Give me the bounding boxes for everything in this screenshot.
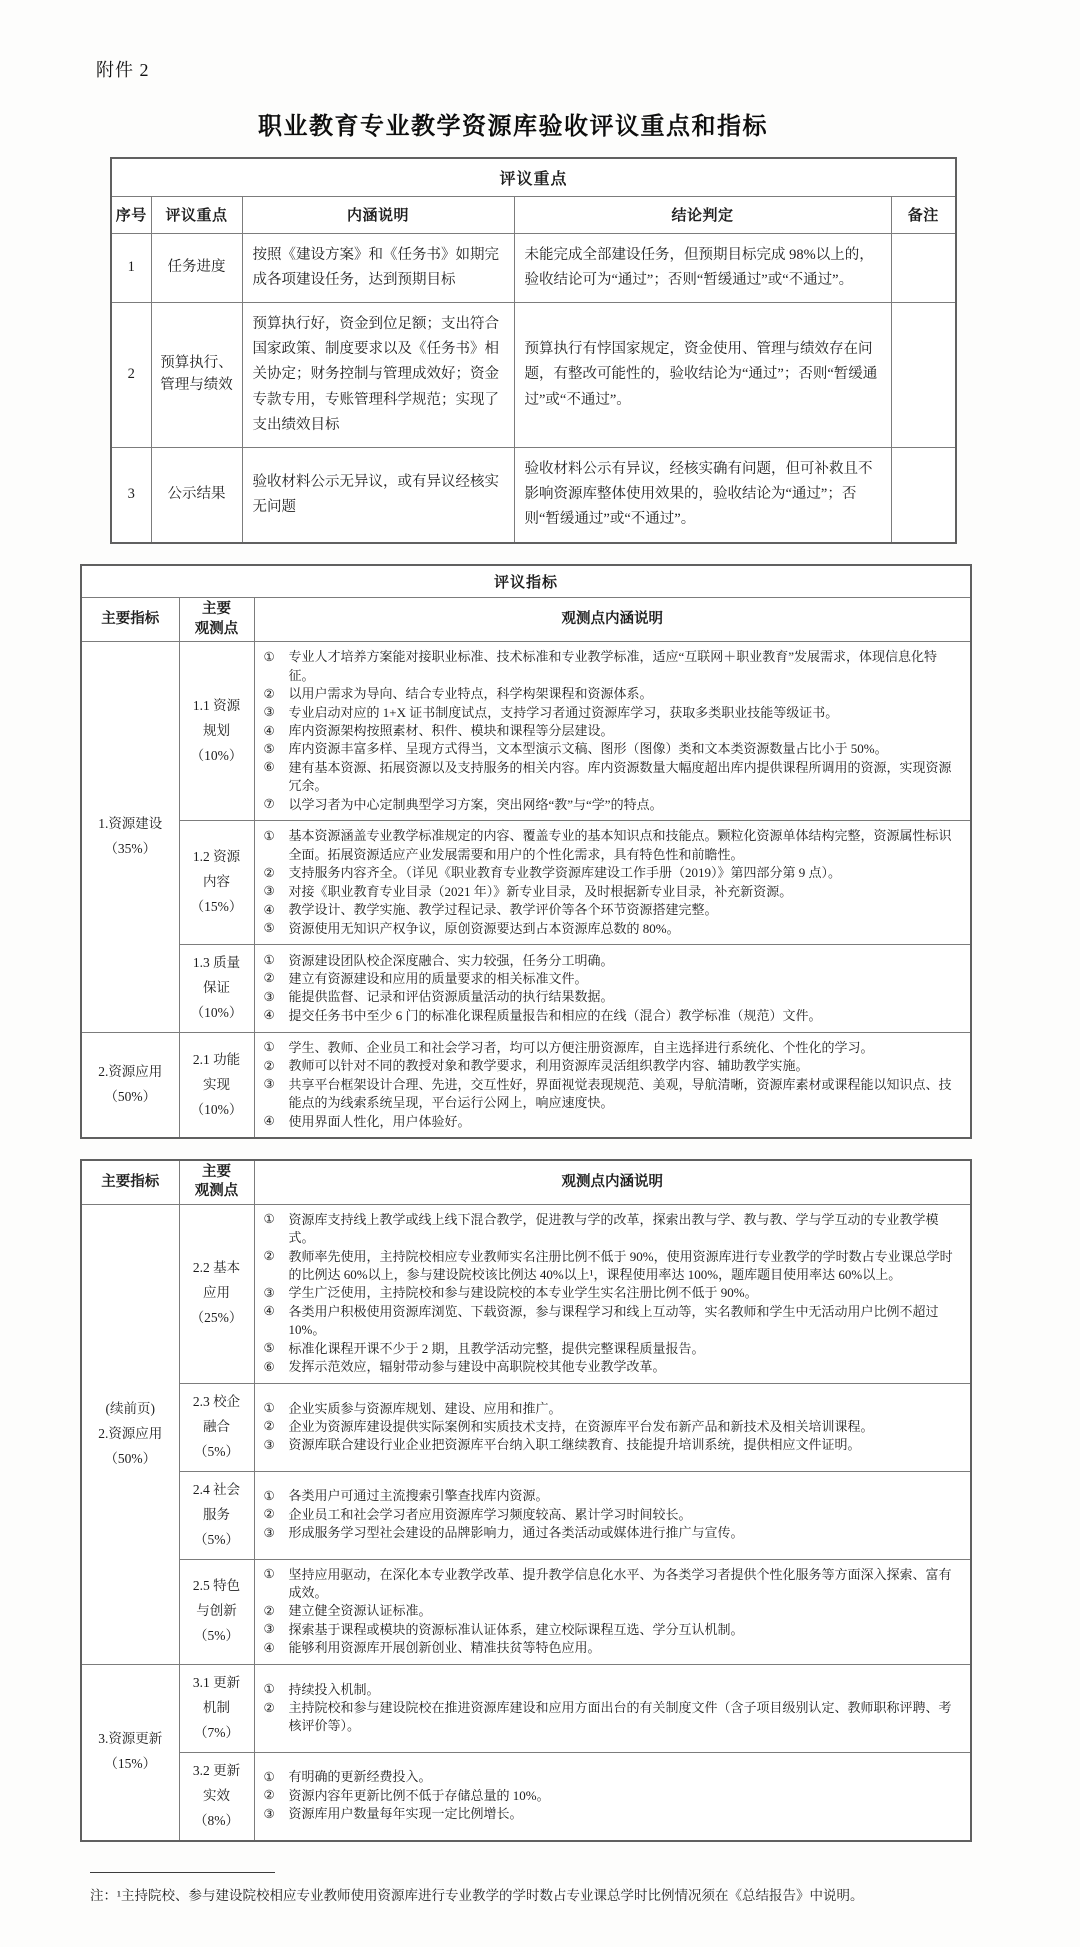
main-indicator-cell: (续前页) 2.资源应用 （50%） <box>81 1204 179 1664</box>
review-focus-table-head: 评议重点 序号 评议重点 内涵说明 结论判定 备注 <box>111 158 956 233</box>
table-row: 3.资源更新 （15%）3.1 更新 机制 （7%）①持续投入机制。②主持院校和… <box>81 1664 971 1752</box>
item-number-marker: ② <box>264 1248 289 1266</box>
item-number-marker: ⑤ <box>264 920 289 938</box>
indicator-item: ②以用户需求为导向、结合专业特点，科学构架课程和资源体系。 <box>264 685 962 703</box>
indicator-item: ②资源内容年更新比例不低于存储总量的 10%。 <box>264 1787 962 1805</box>
item-text: 资源使用无知识产权争议，原创资源要达到占本资源库总数的 80%。 <box>289 920 962 938</box>
item-number-marker: ② <box>264 1506 289 1524</box>
item-text: 主持院校和参与建设院校在推进资源库建设和应用方面出台的有关制度文件（含子项目级别… <box>289 1699 962 1736</box>
indicator-item: ①学生、教师、企业员工和社会学习者，均可以方便注册资源库，自主选择进行系统化、个… <box>264 1039 962 1057</box>
point-items-cell: ①企业实质参与资源库规划、建设、应用和推广。②企业为资源库建设提供实际案例和实质… <box>254 1383 971 1471</box>
column-header-row: 主要指标 主要 观测点 观测点内涵说明 <box>81 1160 971 1204</box>
indicator-item: ④能够利用资源库开展创新创业、精准扶贫等特色应用。 <box>264 1639 962 1657</box>
item-number-marker: ⑤ <box>264 1340 289 1358</box>
indicator-item: ①基本资源涵盖专业教学标准规定的内容、覆盖专业的基本知识点和技能点。颗粒化资源单… <box>264 827 962 864</box>
indicator-item: ③探索基于课程或模块的资源标准认证体系，建立校际课程互选、学分互认机制。 <box>264 1621 962 1639</box>
item-text: 支持服务内容齐全。（详见《职业教育专业教学资源库建设工作手册（2019）》第四部… <box>289 864 962 882</box>
col-header-observation-point: 主要 观测点 <box>179 598 254 642</box>
remark-cell <box>891 302 956 447</box>
item-number-marker: ⑥ <box>264 1358 289 1376</box>
item-text: 形成服务学习型社会建设的品牌影响力，通过各类活动或媒体进行推广与宣传。 <box>289 1524 962 1542</box>
table-row: 2.5 特色 与创新 （5%）①坚持应用驱动，在深化本专业教学改革、提升教学信息… <box>81 1559 971 1664</box>
indicator-item: ①坚持应用驱动，在深化本专业教学改革、提升教学信息化水平、为各类学习者提供个性化… <box>264 1566 962 1603</box>
column-header-row: 序号 评议重点 内涵说明 结论判定 备注 <box>111 196 956 233</box>
item-text: 专业启动对应的 1+X 证书制度试点，支持学习者通过资源库学习，获取多类职业技能… <box>289 704 962 722</box>
row-number-cell: 2 <box>111 302 151 447</box>
col-header-observation-point: 主要 观测点 <box>179 1160 254 1204</box>
indicator-item: ④库内资源架构按照素材、积件、模块和课程等分层建设。 <box>264 722 962 740</box>
item-text: 发挥示范效应，辐射带动参与建设中高职院校其他专业教学改革。 <box>289 1358 962 1376</box>
review-focus-table-title: 评议重点 <box>111 158 956 196</box>
table-title-row: 评议指标 <box>81 565 971 598</box>
review-focus-cell: 预算执行、管理与绩效 <box>151 302 242 447</box>
point-items-cell: ①坚持应用驱动，在深化本专业教学改革、提升教学信息化水平、为各类学习者提供个性化… <box>254 1559 971 1664</box>
page-title: 职业教育专业教学资源库验收评议重点和指标 <box>80 106 946 141</box>
indicator-item: ①资源库支持线上教学或线上线下混合教学，促进教与学的改革，探索出教与学、教与教、… <box>264 1211 962 1248</box>
observation-point-cell: 1.2 资源 内容 （15%） <box>179 821 254 945</box>
item-text: 教学设计、教学实施、教学过程记录、教学评价等各个环节资源搭建完整。 <box>289 901 962 919</box>
item-number-marker: ① <box>264 827 289 845</box>
item-number-marker: ① <box>264 1487 289 1505</box>
indicator-item: ①有明确的更新经费投入。 <box>264 1768 962 1786</box>
document-page: 附件 2 职业教育专业教学资源库验收评议重点和指标 评议重点 序号 评议重点 内… <box>0 0 1080 1947</box>
indicator-item: ①企业实质参与资源库规划、建设、应用和推广。 <box>264 1400 962 1418</box>
item-text: 各类用户可通过主流搜索引擎查找库内资源。 <box>289 1487 962 1505</box>
indicator-item: ②建立有资源建设和应用的质量要求的相关标准文件。 <box>264 970 962 988</box>
item-text: 教师可以针对不同的教授对象和教学要求，利用资源库灵活组织教学内容、辅助教学实施。 <box>289 1057 962 1075</box>
item-number-marker: ③ <box>264 883 289 901</box>
item-number-marker: ⑥ <box>264 759 289 777</box>
item-text: 建有基本资源、拓展资源以及支持服务的相关内容。库内资源数量大幅度超出库内提供课程… <box>289 759 962 796</box>
judgment-cell: 预算执行有悖国家规定，资金使用、管理与绩效存在问题，有整改可能性的，验收结论为“… <box>514 302 891 447</box>
table-row: 1任务进度按照《建设方案》和《任务书》如期完成各项建设任务，达到预期目标未能完成… <box>111 233 956 302</box>
col-header-description: 内涵说明 <box>242 196 514 233</box>
indicator-table-1: 评议指标 主要指标 主要 观测点 观测点内涵说明 1.资源建设 （35%）1.1… <box>80 564 972 1139</box>
item-text: 有明确的更新经费投入。 <box>289 1768 962 1786</box>
indicator-tbody-1: 1.资源建设 （35%）1.1 资源 规划 （10%）①专业人才培养方案能对接职… <box>81 642 971 1138</box>
table-row: 1.资源建设 （35%）1.1 资源 规划 （10%）①专业人才培养方案能对接职… <box>81 642 971 821</box>
item-number-marker: ③ <box>264 988 289 1006</box>
item-text: 学生广泛使用，主持院校和参与建设院校的本专业学生实名注册比例不低于 90%。 <box>289 1284 962 1302</box>
indicator-item: ③资源库用户数量每年实现一定比例增长。 <box>264 1805 962 1823</box>
indicator-table-1-head: 评议指标 主要指标 主要 观测点 观测点内涵说明 <box>81 565 971 642</box>
main-indicator-cell: 2.资源应用 （50%） <box>81 1032 179 1138</box>
item-number-marker: ⑦ <box>264 796 289 814</box>
row-number-cell: 1 <box>111 233 151 302</box>
item-number-marker: ① <box>264 648 289 666</box>
indicator-item: ②教师率先使用，主持院校相应专业教师实名注册比例不低于 90%，使用资源库进行专… <box>264 1248 962 1285</box>
item-number-marker: ③ <box>264 1524 289 1542</box>
description-cell: 验收材料公示无异议，或有异议经核实无问题 <box>242 448 514 543</box>
row-number-cell: 3 <box>111 448 151 543</box>
table-row: 1.3 质量 保证 （10%）①资源建设团队校企深度融合、实力较强，任务分工明确… <box>81 944 971 1032</box>
item-text: 各类用户积极使用资源库浏览、下载资源，参与课程学习和线上互动等，实名教师和学生中… <box>289 1303 962 1340</box>
item-text: 建立健全资源认证标准。 <box>289 1602 962 1620</box>
review-focus-cell: 任务进度 <box>151 233 242 302</box>
observation-point-cell: 2.4 社会 服务 （5%） <box>179 1471 254 1559</box>
item-number-marker: ④ <box>264 901 289 919</box>
point-items-cell: ①学生、教师、企业员工和社会学习者，均可以方便注册资源库，自主选择进行系统化、个… <box>254 1032 971 1138</box>
point-items-cell: ①持续投入机制。②主持院校和参与建设院校在推进资源库建设和应用方面出台的有关制度… <box>254 1664 971 1752</box>
description-cell: 按照《建设方案》和《任务书》如期完成各项建设任务，达到预期目标 <box>242 233 514 302</box>
observation-point-cell: 1.1 资源 规划 （10%） <box>179 642 254 821</box>
item-number-marker: ② <box>264 1787 289 1805</box>
indicator-item: ②企业为资源库建设提供实际案例和实质技术支持，在资源库平台发布新产品和新技术及相… <box>264 1418 962 1436</box>
table-row: 3公示结果验收材料公示无异议，或有异议经核实无问题验收材料公示有异议，经核实确有… <box>111 448 956 543</box>
point-items-cell: ①专业人才培养方案能对接职业标准、技术标准和专业教学标准，适应“互联网＋职业教育… <box>254 642 971 821</box>
indicator-item: ③学生广泛使用，主持院校和参与建设院校的本专业学生实名注册比例不低于 90%。 <box>264 1284 962 1302</box>
indicator-item: ③对接《职业教育专业目录（2021 年）》新专业目录，及时根据新专业目录，补充新… <box>264 883 962 901</box>
point-items-cell: ①基本资源涵盖专业教学标准规定的内容、覆盖专业的基本知识点和技能点。颗粒化资源单… <box>254 821 971 945</box>
observation-point-cell: 2.2 基本 应用 （25%） <box>179 1204 254 1383</box>
indicator-item: ④教学设计、教学实施、教学过程记录、教学评价等各个环节资源搭建完整。 <box>264 901 962 919</box>
indicator-item: ③资源库联合建设行业企业把资源库平台纳入职工继续教育、技能提升培训系统，提供相应… <box>264 1436 962 1454</box>
table-row: (续前页) 2.资源应用 （50%）2.2 基本 应用 （25%）①资源库支持线… <box>81 1204 971 1383</box>
indicator-item: ②企业员工和社会学习者应用资源库学习频度较高、累计学习时间较长。 <box>264 1506 962 1524</box>
point-items-cell: ①有明确的更新经费投入。②资源内容年更新比例不低于存储总量的 10%。③资源库用… <box>254 1752 971 1840</box>
review-focus-table: 评议重点 序号 评议重点 内涵说明 结论判定 备注 1任务进度按照《建设方案》和… <box>110 157 957 544</box>
indicator-table-2-head: 主要指标 主要 观测点 观测点内涵说明 <box>81 1160 971 1204</box>
table-row: 3.2 更新 实效 （8%）①有明确的更新经费投入。②资源内容年更新比例不低于存… <box>81 1752 971 1840</box>
footnote-text: 注：¹主持院校、参与建设院校相应专业教师使用资源库进行专业教学的学时数占专业课总… <box>90 1885 970 1907</box>
item-text: 能够利用资源库开展创新创业、精准扶贫等特色应用。 <box>289 1639 962 1657</box>
indicator-item: ①各类用户可通过主流搜索引擎查找库内资源。 <box>264 1487 962 1505</box>
indicator-item: ④提交任务书中至少 6 门的标准化课程质量报告和相应的在线（混合）教学标准（规范… <box>264 1007 962 1025</box>
table-row: 2预算执行、管理与绩效预算执行好，资金到位足额；支出符合国家政策、制度要求以及《… <box>111 302 956 447</box>
item-number-marker: ③ <box>264 1805 289 1823</box>
item-text: 教师率先使用，主持院校相应专业教师实名注册比例不低于 90%，使用资源库进行专业… <box>289 1248 962 1285</box>
item-text: 库内资源丰富多样、呈现方式得当，文本型演示文稿、图形（图像）类和文本类资源数量占… <box>289 740 962 758</box>
judgment-cell: 未能完成全部建设任务，但预期目标完成 98%以上的，验收结论可为“通过”；否则“… <box>514 233 891 302</box>
observation-point-cell: 2.1 功能 实现 （10%） <box>179 1032 254 1138</box>
indicator-item: ③形成服务学习型社会建设的品牌影响力，通过各类活动或媒体进行推广与宣传。 <box>264 1524 962 1542</box>
item-number-marker: ① <box>264 1211 289 1229</box>
indicator-item: ②支持服务内容齐全。（详见《职业教育专业教学资源库建设工作手册（2019）》第四… <box>264 864 962 882</box>
item-number-marker: ④ <box>264 1303 289 1321</box>
indicator-item: ①持续投入机制。 <box>264 1681 962 1699</box>
table-row: 2.资源应用 （50%）2.1 功能 实现 （10%）①学生、教师、企业员工和社… <box>81 1032 971 1138</box>
item-text: 坚持应用驱动，在深化本专业教学改革、提升教学信息化水平、为各类学习者提供个性化服… <box>289 1566 962 1603</box>
indicator-item: ②教师可以针对不同的教授对象和教学要求，利用资源库灵活组织教学内容、辅助教学实施… <box>264 1057 962 1075</box>
observation-point-cell: 2.3 校企 融合 （5%） <box>179 1383 254 1471</box>
main-indicator-cell: 3.资源更新 （15%） <box>81 1664 179 1840</box>
item-text: 企业实质参与资源库规划、建设、应用和推广。 <box>289 1400 962 1418</box>
item-text: 对接《职业教育专业目录（2021 年）》新专业目录，及时根据新专业目录，补充新资… <box>289 883 962 901</box>
description-cell: 预算执行好，资金到位足额；支出符合国家政策、制度要求以及《任务书》相关协定；财务… <box>242 302 514 447</box>
item-number-marker: ② <box>264 1602 289 1620</box>
indicator-item: ⑥发挥示范效应，辐射带动参与建设中高职院校其他专业教学改革。 <box>264 1358 962 1376</box>
item-text: 提交任务书中至少 6 门的标准化课程质量报告和相应的在线（混合）教学标准（规范）… <box>289 1007 962 1025</box>
item-text: 标准化课程开课不少于 2 期，且教学活动完整，提供完整课程质量报告。 <box>289 1340 962 1358</box>
item-text: 企业为资源库建设提供实际案例和实质技术支持，在资源库平台发布新产品和新技术及相关… <box>289 1418 962 1436</box>
observation-point-cell: 2.5 特色 与创新 （5%） <box>179 1559 254 1664</box>
item-text: 基本资源涵盖专业教学标准规定的内容、覆盖专业的基本知识点和技能点。颗粒化资源单体… <box>289 827 962 864</box>
item-text: 以学习者为中心定制典型学习方案，突出网络“教”与“学”的特点。 <box>289 796 962 814</box>
review-focus-tbody: 1任务进度按照《建设方案》和《任务书》如期完成各项建设任务，达到预期目标未能完成… <box>111 233 956 543</box>
item-text: 专业人才培养方案能对接职业标准、技术标准和专业教学标准，适应“互联网＋职业教育”… <box>289 648 962 685</box>
indicator-item: ③专业启动对应的 1+X 证书制度试点，支持学习者通过资源库学习，获取多类职业技… <box>264 704 962 722</box>
col-header-focus: 评议重点 <box>151 196 242 233</box>
indicator-item: ②主持院校和参与建设院校在推进资源库建设和应用方面出台的有关制度文件（含子项目级… <box>264 1699 962 1736</box>
indicator-item: ⑦以学习者为中心定制典型学习方案，突出网络“教”与“学”的特点。 <box>264 796 962 814</box>
item-number-marker: ② <box>264 1057 289 1075</box>
table-row: 2.3 校企 融合 （5%）①企业实质参与资源库规划、建设、应用和推广。②企业为… <box>81 1383 971 1471</box>
item-number-marker: ① <box>264 1681 289 1699</box>
item-number-marker: ④ <box>264 722 289 740</box>
item-text: 共享平台框架设计合理、先进，交互性好，界面视觉表现规范、美观，导航清晰，资源库素… <box>289 1076 962 1113</box>
item-text: 资源库联合建设行业企业把资源库平台纳入职工继续教育、技能提升培训系统，提供相应文… <box>289 1436 962 1454</box>
table-title-row: 评议重点 <box>111 158 956 196</box>
item-number-marker: ① <box>264 952 289 970</box>
point-items-cell: ①资源库支持线上教学或线上线下混合教学，促进教与学的改革，探索出教与学、教与教、… <box>254 1204 971 1383</box>
item-number-marker: ③ <box>264 704 289 722</box>
item-number-marker: ① <box>264 1039 289 1057</box>
indicator-item: ①资源建设团队校企深度融合、实力较强，任务分工明确。 <box>264 952 962 970</box>
indicator-item: ③共享平台框架设计合理、先进，交互性好，界面视觉表现规范、美观，导航清晰，资源库… <box>264 1076 962 1113</box>
table-row: 2.4 社会 服务 （5%）①各类用户可通过主流搜索引擎查找库内资源。②企业员工… <box>81 1471 971 1559</box>
review-focus-cell: 公示结果 <box>151 448 242 543</box>
item-text: 库内资源架构按照素材、积件、模块和课程等分层建设。 <box>289 722 962 740</box>
remark-cell <box>891 448 956 543</box>
item-number-marker: ② <box>264 685 289 703</box>
remark-cell <box>891 233 956 302</box>
footnote-divider <box>90 1872 275 1873</box>
point-items-cell: ①各类用户可通过主流搜索引擎查找库内资源。②企业员工和社会学习者应用资源库学习频… <box>254 1471 971 1559</box>
item-text: 探索基于课程或模块的资源标准认证体系，建立校际课程互选、学分互认机制。 <box>289 1621 962 1639</box>
col-header-no: 序号 <box>111 196 151 233</box>
item-text: 资源库支持线上教学或线上线下混合教学，促进教与学的改革，探索出教与学、教与教、学… <box>289 1211 962 1248</box>
item-number-marker: ④ <box>264 1113 289 1131</box>
item-number-marker: ② <box>264 1418 289 1436</box>
item-text: 以用户需求为导向、结合专业特点，科学构架课程和资源体系。 <box>289 685 962 703</box>
observation-point-cell: 3.1 更新 机制 （7%） <box>179 1664 254 1752</box>
item-number-marker: ④ <box>264 1639 289 1657</box>
col-header-main-indicator: 主要指标 <box>81 1160 179 1204</box>
item-text: 资源内容年更新比例不低于存储总量的 10%。 <box>289 1787 962 1805</box>
item-number-marker: ① <box>264 1566 289 1584</box>
point-items-cell: ①资源建设团队校企深度融合、实力较强，任务分工明确。②建立有资源建设和应用的质量… <box>254 944 971 1032</box>
item-text: 资源建设团队校企深度融合、实力较强，任务分工明确。 <box>289 952 962 970</box>
item-text: 学生、教师、企业员工和社会学习者，均可以方便注册资源库，自主选择进行系统化、个性… <box>289 1039 962 1057</box>
item-text: 建立有资源建设和应用的质量要求的相关标准文件。 <box>289 970 962 988</box>
indicator-table-title: 评议指标 <box>81 565 971 598</box>
item-number-marker: ① <box>264 1768 289 1786</box>
column-header-row: 主要指标 主要 观测点 观测点内涵说明 <box>81 598 971 642</box>
item-number-marker: ③ <box>264 1436 289 1454</box>
item-number-marker: ② <box>264 864 289 882</box>
col-header-point-description: 观测点内涵说明 <box>254 598 971 642</box>
col-header-main-indicator: 主要指标 <box>81 598 179 642</box>
item-number-marker: ④ <box>264 1007 289 1025</box>
main-indicator-cell: 1.资源建设 （35%） <box>81 642 179 1033</box>
item-text: 能提供监督、记录和评估资源质量活动的执行结果数据。 <box>289 988 962 1006</box>
indicator-item: ①专业人才培养方案能对接职业标准、技术标准和专业教学标准，适应“互联网＋职业教育… <box>264 648 962 685</box>
col-header-remark: 备注 <box>891 196 956 233</box>
item-number-marker: ② <box>264 970 289 988</box>
judgment-cell: 验收材料公示有异议，经核实确有问题，但可补救且不影响资源库整体使用效果的，验收结… <box>514 448 891 543</box>
observation-point-cell: 1.3 质量 保证 （10%） <box>179 944 254 1032</box>
attachment-label: 附件 2 <box>96 56 970 82</box>
col-header-judgment: 结论判定 <box>514 196 891 233</box>
item-number-marker: ③ <box>264 1284 289 1302</box>
item-number-marker: ③ <box>264 1621 289 1639</box>
item-text: 持续投入机制。 <box>289 1681 962 1699</box>
indicator-tbody-2: (续前页) 2.资源应用 （50%）2.2 基本 应用 （25%）①资源库支持线… <box>81 1204 971 1840</box>
item-number-marker: ① <box>264 1400 289 1418</box>
item-text: 使用界面人性化，用户体验好。 <box>289 1113 962 1131</box>
col-header-point-description: 观测点内涵说明 <box>254 1160 971 1204</box>
indicator-item: ⑤库内资源丰富多样、呈现方式得当，文本型演示文稿、图形（图像）类和文本类资源数量… <box>264 740 962 758</box>
item-number-marker: ② <box>264 1699 289 1717</box>
item-number-marker: ⑤ <box>264 740 289 758</box>
observation-point-cell: 3.2 更新 实效 （8%） <box>179 1752 254 1840</box>
indicator-item: ④使用界面人性化，用户体验好。 <box>264 1113 962 1131</box>
indicator-item: ⑥建有基本资源、拓展资源以及支持服务的相关内容。库内资源数量大幅度超出库内提供课… <box>264 759 962 796</box>
indicator-item: ④各类用户积极使用资源库浏览、下载资源，参与课程学习和线上互动等，实名教师和学生… <box>264 1303 962 1340</box>
indicator-table-2: 主要指标 主要 观测点 观测点内涵说明 (续前页) 2.资源应用 （50%）2.… <box>80 1159 972 1841</box>
item-text: 企业员工和社会学习者应用资源库学习频度较高、累计学习时间较长。 <box>289 1506 962 1524</box>
item-number-marker: ③ <box>264 1076 289 1094</box>
indicator-item: ⑤标准化课程开课不少于 2 期，且教学活动完整，提供完整课程质量报告。 <box>264 1340 962 1358</box>
indicator-item: ②建立健全资源认证标准。 <box>264 1602 962 1620</box>
item-text: 资源库用户数量每年实现一定比例增长。 <box>289 1805 962 1823</box>
table-row: 1.2 资源 内容 （15%）①基本资源涵盖专业教学标准规定的内容、覆盖专业的基… <box>81 821 971 945</box>
indicator-item: ⑤资源使用无知识产权争议，原创资源要达到占本资源库总数的 80%。 <box>264 920 962 938</box>
indicator-item: ③能提供监督、记录和评估资源质量活动的执行结果数据。 <box>264 988 962 1006</box>
